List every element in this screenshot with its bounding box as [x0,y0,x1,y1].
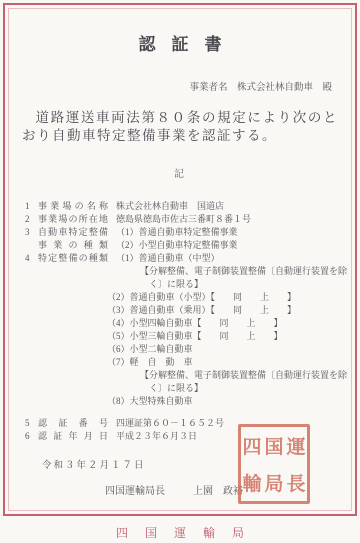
item-label: 認証年月日 [38,430,108,443]
item-label: 認証番号 [38,417,108,430]
spacer [25,408,360,417]
detail-line: （4）小型四輪自動車【 同 上 】 [107,317,360,330]
list-item: 事業の種類 （2）小型自動車特定整備事業 [25,239,360,252]
seal-char: 長 [286,469,305,496]
issuing-bureau-footer: 四国運輸局 [0,524,360,541]
signature-line: 四国運輸局長 上園 政裕 [105,482,360,497]
detail-note: 【分解整備、電子制御装置整備〔自動運行装置を除く〕に限る】 [149,369,358,395]
detail-line: （3）普通自動車（乗用）【 同 上 】 [107,304,360,317]
detail-note: 【分解整備、電子制御装置整備〔自動運行装置を除く〕に限る】 [149,265,358,291]
seal-char: 輸 [242,469,261,496]
item-label: 事業場の所在地 [38,213,108,226]
seal-char: 局 [264,469,283,496]
item-label: 特定整備の種類 [38,252,108,265]
item-label: 事業場の名称 [38,200,108,213]
item-value: 株式会社林自動車 国道店 [116,200,360,213]
issue-date: 令和３年２月１７日 [42,457,360,471]
list-item: 3 自動車特定整備 （1）普通自動車特定整備事業 [25,226,360,239]
signer-name: 上園 政裕 [193,482,243,497]
signer-office: 四国運輸局長 [105,482,165,497]
detail-line: （8）大型特殊自動車 [107,395,360,408]
item-number: 2 [25,213,38,226]
item-number: 5 [25,417,38,430]
item-label: 事業の種類 [38,239,108,252]
certificate-page: 認証書 事業者名 株式会社林自動車 殿 道路運送車両法第８０条の規定により次のと… [0,0,360,543]
list-item: 4 特定整備の種類 （1）普通自動車（中型） [25,252,360,265]
detail-line: （6）小型二輪自動車 [107,343,360,356]
item-label: 自動車特定整備 [38,226,108,239]
items-list: 1 事業場の名称 株式会社林自動車 国道店 2 事業場の所在地 徳島県徳島市佐古… [25,200,360,443]
item-value: 徳島県徳島市佐古三番町８番１号 [116,213,360,226]
list-item: 1 事業場の名称 株式会社林自動車 国道店 [25,200,360,213]
page-title: 認証書 [0,30,360,55]
detail-line: （2）普通自動車（小型）【 同 上 】 [107,291,360,304]
detail-line: （7）軽 自 動 車 [107,356,360,369]
official-seal-stamp: 四 国 運 輸 局 長 [238,424,310,504]
addressee-line: 事業者名 株式会社林自動車 殿 [0,79,360,93]
item-number: 6 [25,430,38,443]
detail-line: （5）小型三輪自動車【 同 上 】 [107,330,360,343]
seal-char: 四 [242,432,261,459]
item-number [25,239,38,252]
list-item: 2 事業場の所在地 徳島県徳島市佐古三番町８番１号 [25,213,360,226]
seal-char: 国 [264,432,283,459]
seal-char: 運 [286,432,305,459]
item-number: 1 [25,200,38,213]
item-number: 4 [25,252,38,265]
item-value: （2）小型自動車特定整備事業 [116,239,360,252]
item-number: 3 [25,226,38,239]
record-marker: 記 [0,165,360,180]
item-value: （1）普通自動車（中型） [116,252,360,265]
item-value: （1）普通自動車特定整備事業 [116,226,360,239]
certification-statement: 道路運送車両法第８０条の規定により次のとおり自動車特定整備事業を認証する。 [22,109,338,145]
